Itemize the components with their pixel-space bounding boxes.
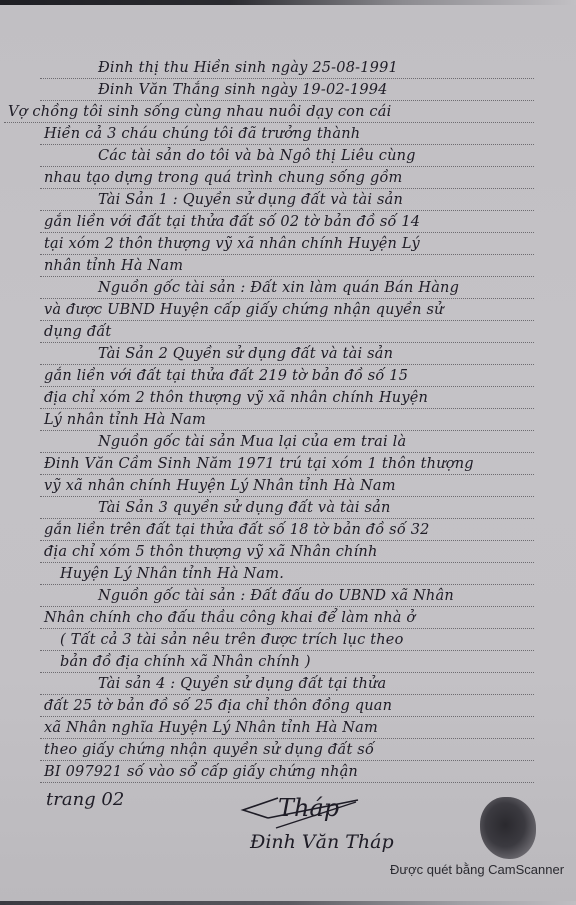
text-line-12: và được UBND Huyện cấp giấy chứng nhận q… [40, 299, 534, 321]
fingerprint-icon [480, 797, 536, 859]
text-line-10: nhân tỉnh Hà Nam [40, 255, 534, 277]
document-page: Đinh thị thu Hiền sinh ngày 25-08-1991 Đ… [0, 5, 576, 901]
signer-name: Đinh Văn Tháp [250, 831, 394, 853]
text-line-14: Tài Sản 2 Quyền sử dụng đất và tài sản [40, 343, 534, 365]
text-line-19: Đinh Văn Cầm Sinh Năm 1971 trú tại xóm 1… [40, 453, 534, 475]
text-line-29: Tài sản 4 : Quyền sử dụng đất tại thửa [40, 673, 534, 695]
text-line-2: Đinh Văn Thắng sinh ngày 19-02-1994 [40, 79, 534, 101]
text-line-7: Tài Sản 1 : Quyền sử dụng đất và tài sản [40, 189, 534, 211]
text-line-3: Vợ chồng tôi sinh sống cùng nhau nuôi dạ… [4, 101, 534, 123]
camscanner-watermark: Được quét bằng CamScanner [390, 862, 564, 877]
text-line-16: địa chỉ xóm 2 thôn thượng vỹ xã nhân chí… [40, 387, 534, 409]
text-line-4: Hiền cả 3 cháu chúng tôi đã trưởng thành [40, 123, 534, 145]
scan-bottom-edge [0, 901, 576, 905]
text-line-6: nhau tạo dựng trong quá trình chung sống… [40, 167, 534, 189]
text-line-18: Nguồn gốc tài sản Mua lại của em trai là [40, 431, 534, 453]
text-line-5: Các tài sản do tôi và bà Ngô thị Liêu cù… [40, 145, 534, 167]
text-line-9: tại xóm 2 thôn thượng vỹ xã nhân chính H… [40, 233, 534, 255]
text-line-25: Nguồn gốc tài sản : Đất đấu do UBND xã N… [40, 585, 534, 607]
text-line-30: đất 25 tờ bản đồ số 25 địa chỉ thôn đồng… [40, 695, 534, 717]
text-line-13: dụng đất [40, 321, 534, 343]
page-number-label: trang 02 [46, 789, 124, 810]
text-line-24: Huyện Lý Nhân tỉnh Hà Nam. [40, 563, 534, 585]
text-line-26: Nhân chính cho đấu thầu công khai để làm… [40, 607, 534, 629]
text-line-31: xã Nhân nghĩa Huyện Lý Nhân tỉnh Hà Nam [40, 717, 534, 739]
text-line-21: Tài Sản 3 quyền sử dụng đất và tài sản [40, 497, 534, 519]
text-line-28: bản đồ địa chính xã Nhân chính ) [40, 651, 534, 673]
text-line-17: Lý nhân tỉnh Hà Nam [40, 409, 534, 431]
text-line-22: gắn liền trên đất tại thửa đất số 18 tờ … [40, 519, 534, 541]
text-line-23: địa chỉ xóm 5 thôn thượng vỹ xã Nhân chí… [40, 541, 534, 563]
text-line-15: gắn liền với đất tại thửa đất 219 tờ bản… [40, 365, 534, 387]
signature-scrawl: Tháp [278, 794, 339, 822]
text-line-1: Đinh thị thu Hiền sinh ngày 25-08-1991 [40, 57, 534, 79]
text-line-11: Nguồn gốc tài sản : Đất xin làm quán Bán… [40, 277, 534, 299]
text-line-20: vỹ xã nhân chính Huyện Lý Nhân tỉnh Hà N… [40, 475, 534, 497]
text-line-32: theo giấy chứng nhận quyền sử dụng đất s… [40, 739, 534, 761]
text-line-27: ( Tất cả 3 tài sản nêu trên được trích l… [40, 629, 534, 651]
text-line-8: gắn liền với đất tại thửa đất số 02 tờ b… [40, 211, 534, 233]
